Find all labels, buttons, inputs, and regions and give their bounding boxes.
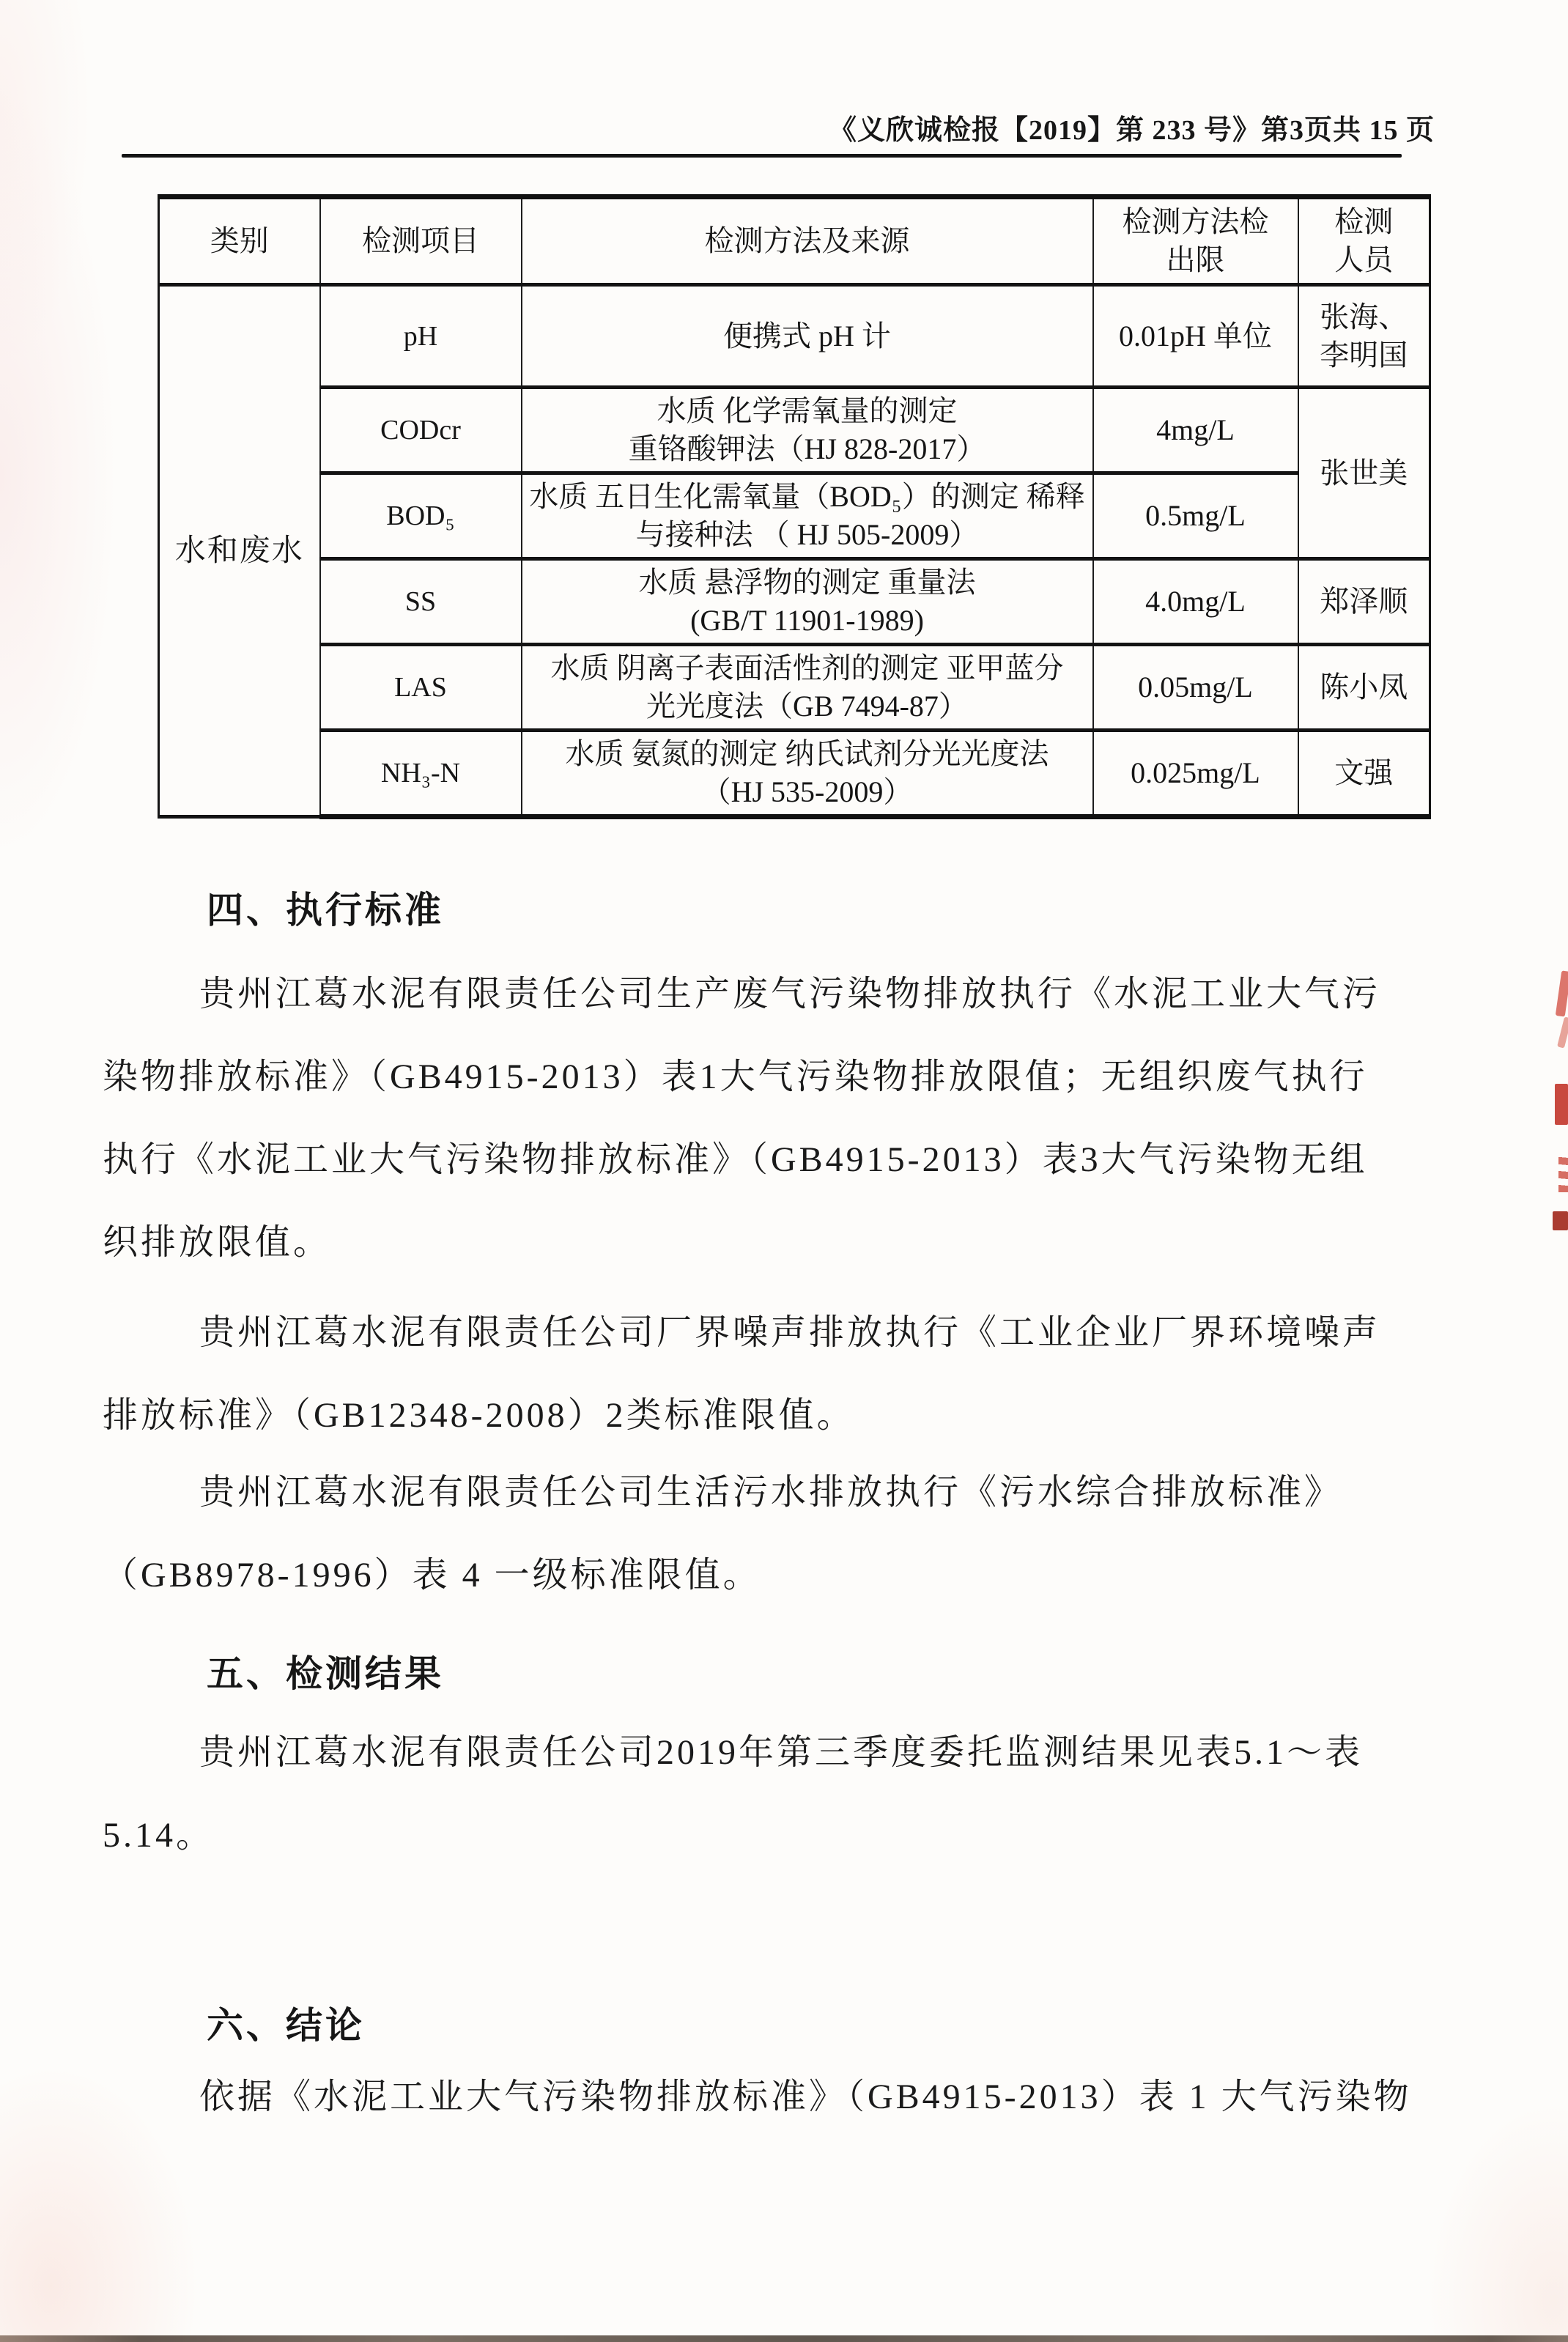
red-seal-fragment: [1558, 1154, 1568, 1192]
table-row: NH₃-N 水质 氨氮的测定 纳氏试剂分光光度法 （HJ 535-2009） 0…: [159, 731, 1430, 817]
red-seal-fragment: [1556, 970, 1568, 1016]
cell-item-codcr: CODcr: [320, 388, 522, 473]
table-row: 水和废水 pH 便携式 pH 计 0.01pH 单位 张海、 李明国: [159, 285, 1430, 388]
column-header-method: 检测方法及来源: [522, 197, 1093, 285]
cell-item-ss: SS: [320, 559, 522, 645]
header-rule: [122, 154, 1402, 158]
red-seal-fragment: [1557, 1016, 1568, 1048]
table-row: LAS 水质 阴离子表面活性剂的测定 亚甲蓝分 光光度法（GB 7494-87）…: [159, 645, 1430, 731]
table-header-row: 类别 检测项目 检测方法及来源 检测方法检 出限 检测 人员: [159, 197, 1430, 285]
cell-method-bod5: 水质 五日生化需氧量（BOD₅）的测定 稀释 与接种法 （ HJ 505-200…: [522, 473, 1093, 559]
cell-item-bod5: BOD₅: [320, 473, 522, 559]
cell-limit-bod5: 0.5mg/L: [1093, 473, 1298, 559]
cell-item-ph: pH: [320, 285, 522, 388]
cell-category-water: 水和废水: [159, 285, 320, 817]
cell-method-ss: 水质 悬浮物的测定 重量法 (GB/T 11901-1989): [522, 559, 1093, 645]
scanned-report-page: 《义欣诚检报【2019】第 233 号》第3页共 15 页 类别 检测项目 检测…: [0, 0, 1568, 2342]
scan-bottom-edge: [0, 2335, 1568, 2342]
cell-limit-codcr: 4mg/L: [1093, 388, 1298, 473]
table-row: BOD₅ 水质 五日生化需氧量（BOD₅）的测定 稀释 与接种法 （ HJ 50…: [159, 473, 1430, 559]
cell-method-las: 水质 阴离子表面活性剂的测定 亚甲蓝分 光光度法（GB 7494-87）: [522, 645, 1093, 731]
cell-person-ss: 郑泽顺: [1298, 559, 1430, 645]
red-seal-fragment: [1555, 1084, 1568, 1125]
cell-limit-ph: 0.01pH 单位: [1093, 285, 1298, 388]
cell-person-ph: 张海、 李明国: [1298, 285, 1430, 388]
section-title-conclusion: 六、结论: [207, 2003, 365, 2047]
column-header-category: 类别: [159, 197, 320, 285]
cell-item-nh3n: NH₃-N: [320, 731, 522, 817]
column-header-person: 检测 人员: [1298, 197, 1430, 285]
cell-person-las: 陈小凤: [1298, 645, 1430, 731]
paragraph-conclusion: 依据《水泥工业大气污染物排放标准》（GB4915-2013）表 1 大气污染物: [103, 2055, 1480, 2138]
table-row: SS 水质 悬浮物的测定 重量法 (GB/T 11901-1989) 4.0mg…: [159, 559, 1430, 645]
cell-item-las: LAS: [320, 645, 522, 731]
cell-person-nh3n: 文强: [1298, 731, 1430, 817]
cell-limit-nh3n: 0.025mg/L: [1093, 731, 1298, 817]
section-title-standards: 四、执行标准: [207, 888, 444, 932]
paragraph-noise-standard: 贵州江葛水泥有限责任公司厂界噪声排放执行《工业企业厂界环境噪声 排放标准》（GB…: [103, 1291, 1480, 1457]
cell-method-nh3n: 水质 氨氮的测定 纳氏试剂分光光度法 （HJ 535-2009）: [522, 731, 1093, 817]
paragraph-gas-standard: 贵州江葛水泥有限责任公司生产废气污染物排放执行《水泥工业大气污 染物排放标准》（…: [103, 953, 1480, 1284]
column-header-item: 检测项目: [320, 197, 522, 285]
paragraph-results: 贵州江葛水泥有限责任公司2019年第三季度委托监测结果见表5.1～表 5.14。: [103, 1711, 1480, 1877]
cell-person-codcr-bod5: 张世美: [1298, 388, 1430, 559]
red-seal-fragment: [1553, 1211, 1568, 1230]
cell-limit-las: 0.05mg/L: [1093, 645, 1298, 731]
paragraph-wastewater-standard: 贵州江葛水泥有限责任公司生活污水排放执行《污水综合排放标准》 （GB8978-1…: [103, 1451, 1480, 1617]
test-methods-table: 类别 检测项目 检测方法及来源 检测方法检 出限 检测 人员 水和废水 pH 便…: [158, 194, 1431, 819]
cell-limit-ss: 4.0mg/L: [1093, 559, 1298, 645]
page-header-info: 《义欣诚检报【2019】第 233 号》第3页共 15 页: [733, 107, 1435, 147]
cell-method-ph: 便携式 pH 计: [522, 285, 1093, 388]
column-header-limit: 检测方法检 出限: [1093, 197, 1298, 285]
section-title-results: 五、检测结果: [207, 1652, 444, 1696]
cell-method-codcr: 水质 化学需氧量的测定 重铬酸钾法（HJ 828-2017）: [522, 388, 1093, 473]
table-row: CODcr 水质 化学需氧量的测定 重铬酸钾法（HJ 828-2017） 4mg…: [159, 388, 1430, 473]
